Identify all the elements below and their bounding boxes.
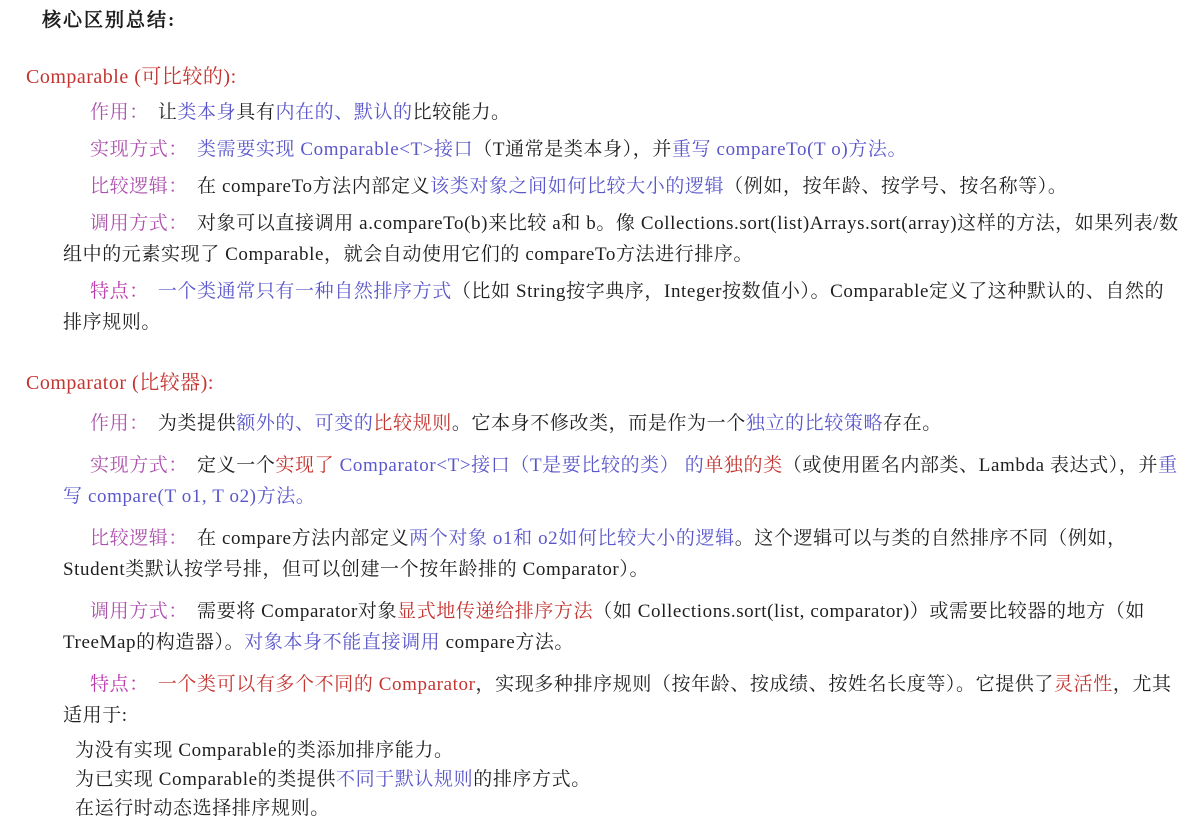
paragraph: 调用方式：对象可以直接调用 a.compareTo(b)来比较 a和 b。像 C… <box>0 208 1200 270</box>
text-span: 比较逻辑： <box>90 528 188 549</box>
paragraph: 特点：一个类可以有多个不同的 Comparator，实现多种排序规则（按年龄、按… <box>0 669 1200 731</box>
text-span: 在 compareTo方法内部定义 <box>197 176 430 197</box>
text-span: 在运行时动态选择排序规则。 <box>75 798 330 819</box>
text-span: 调用方式： <box>90 601 188 622</box>
text-span: 为类提供 <box>158 413 236 434</box>
sub-item: 为已实现 Comparable的类提供不同于默认规则的排序方式。 <box>0 765 1200 794</box>
text-span: 特点： <box>90 674 149 695</box>
text-span: 重写 compareTo(T o)方法。 <box>672 139 907 160</box>
section-heading: Comparator (比较器): <box>26 370 1200 397</box>
paragraph: 调用方式：需要将 Comparator对象显式地传递给排序方法（如 Collec… <box>0 596 1200 658</box>
text-span: 一个类通常只有一种自然排序方式 <box>158 281 452 302</box>
text-span: 内在的、默认的 <box>275 102 412 123</box>
text-span: 比较逻辑： <box>90 176 188 197</box>
text-span: 实现方式： <box>90 139 188 160</box>
paragraph: 实现方式：类需要实现 Comparable<T>接口（T通常是类本身），并重写 … <box>0 134 1200 165</box>
document-body: Comparable (可比较的):作用：让类本身具有内在的、默认的比较能力。实… <box>0 64 1200 819</box>
text-span: compare方法。 <box>440 632 574 653</box>
text-span: 对象可以直接调用 a.compareTo(b)来比较 a和 b。像 Collec… <box>63 213 1179 265</box>
paragraph: 作用：让类本身具有内在的、默认的比较能力。 <box>0 97 1200 128</box>
paragraph: 实现方式：定义一个实现了 Comparator<T>接口（T是要比较的类） 的单… <box>0 450 1200 512</box>
text-span: 比较规则 <box>373 413 451 434</box>
section: Comparable (可比较的):作用：让类本身具有内在的、默认的比较能力。实… <box>0 64 1200 338</box>
text-span: 类本身 <box>177 102 236 123</box>
sub-item: 在运行时动态选择排序规则。 <box>0 794 1200 819</box>
text-span: 在 compare方法内部定义 <box>197 528 409 549</box>
text-span: （T通常是类本身），并 <box>473 139 672 160</box>
text-span: 为已实现 Comparable的类提供 <box>75 769 336 790</box>
text-span: Comparator<T>接口（T是要比较的类） 的 <box>334 455 704 476</box>
section-heading: Comparable (可比较的): <box>26 64 1200 91</box>
text-span: 需要将 Comparator对象 <box>197 601 397 622</box>
text-span: 调用方式： <box>90 213 188 234</box>
text-span: 让 <box>158 102 178 123</box>
text-span: 类需要实现 Comparable<T>接口 <box>197 139 473 160</box>
text-span: 该类对象之间如何比较大小的逻辑 <box>430 176 724 197</box>
text-span: 。它本身不修改类，而是作为一个 <box>452 413 746 434</box>
text-span: 额外的、可变的 <box>236 413 373 434</box>
text-span: 实现了 <box>275 455 334 476</box>
text-span: 独立的比较策略 <box>746 413 883 434</box>
text-span: 的排序方式。 <box>473 769 591 790</box>
text-span: 比较能力。 <box>413 102 511 123</box>
text-span: （或使用匿名内部类、Lambda 表达式），并 <box>783 455 1158 476</box>
paragraph: 比较逻辑：在 compareTo方法内部定义该类对象之间如何比较大小的逻辑（例如… <box>0 171 1200 202</box>
text-span: 存在。 <box>883 413 942 434</box>
text-span: 具有 <box>236 102 275 123</box>
text-span: 显式地传递给排序方法 <box>397 601 593 622</box>
text-span: 不同于默认规则 <box>336 769 473 790</box>
text-span: 实现方式： <box>90 455 188 476</box>
sub-item: 为没有实现 Comparable的类添加排序能力。 <box>0 736 1200 765</box>
text-span: （例如，按年龄、按学号、按名称等）。 <box>724 176 1067 197</box>
paragraph: 特点：一个类通常只有一种自然排序方式（比如 String按字典序，Integer… <box>0 276 1200 338</box>
text-span: 灵活性 <box>1054 674 1113 695</box>
text-span: 作用： <box>90 102 149 123</box>
text-span: 对象本身不能直接调用 <box>244 632 440 653</box>
document-page: 核心区别总结: Comparable (可比较的):作用：让类本身具有内在的、默… <box>0 0 1200 819</box>
text-span: 两个对象 o1和 o2如何比较大小的逻辑 <box>409 528 735 549</box>
section: Comparator (比较器):作用：为类提供额外的、可变的比较规则。它本身不… <box>0 370 1200 819</box>
text-span: 一个类可以有多个不同的 Comparator <box>158 674 476 695</box>
text-span: 单独的类 <box>704 455 782 476</box>
text-span: 作用： <box>90 413 149 434</box>
paragraph: 作用：为类提供额外的、可变的比较规则。它本身不修改类，而是作为一个独立的比较策略… <box>0 408 1200 439</box>
text-span: 为没有实现 Comparable的类添加排序能力。 <box>75 740 454 761</box>
text-span: 特点： <box>90 281 149 302</box>
page-title: 核心区别总结: <box>42 8 1200 34</box>
text-span: 定义一个 <box>197 455 275 476</box>
paragraph: 比较逻辑：在 compare方法内部定义两个对象 o1和 o2如何比较大小的逻辑… <box>0 523 1200 585</box>
sub-list: 为没有实现 Comparable的类添加排序能力。为已实现 Comparable… <box>0 736 1200 819</box>
text-span: ，实现多种排序规则（按年龄、按成绩、按姓名长度等）。它提供了 <box>476 674 1055 695</box>
